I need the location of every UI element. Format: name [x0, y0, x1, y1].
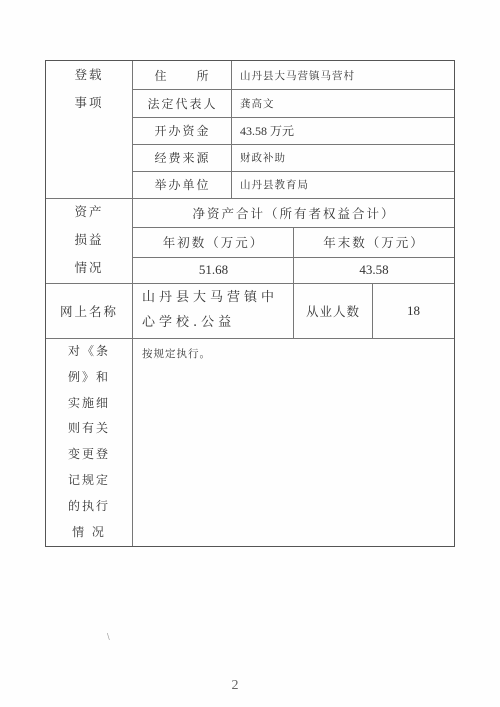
legal-representative-value: 龚高文 [232, 89, 454, 117]
divider [293, 227, 294, 283]
address-value: 山丹县大马营镇马营村 [232, 61, 454, 89]
start-capital-label: 开办资金 [134, 117, 231, 144]
start-capital-value: 43.58 万元 [232, 117, 454, 144]
legal-representative-label: 法定代表人 [134, 89, 231, 117]
funding-source-value: 财政补助 [232, 144, 454, 171]
registration-label-line1: 登载 [74, 61, 103, 89]
divider [46, 338, 454, 339]
divider [372, 283, 373, 338]
address-label: 住 所 [134, 61, 231, 89]
compliance-value: 按规定执行。 [134, 338, 454, 546]
divider [132, 89, 454, 90]
start-of-year-value: 51.68 [134, 257, 293, 283]
staff-count-value: 18 [373, 283, 454, 338]
divider [132, 61, 133, 546]
assets-section-label: 资产 损益 情况 [46, 198, 132, 283]
document-page: 登载 事项 住 所 法定代表人 开办资金 经费来源 举办单位 山丹县大马营镇马营… [0, 0, 500, 707]
sponsor-unit-label: 举办单位 [134, 171, 231, 198]
end-of-year-header: 年末数（万元） [294, 227, 454, 257]
funding-source-label: 经费来源 [134, 144, 231, 171]
sponsor-unit-value: 山丹县教育局 [232, 171, 454, 198]
divider [132, 117, 454, 118]
divider [293, 283, 294, 338]
divider [132, 171, 454, 172]
end-of-year-value: 43.58 [294, 257, 454, 283]
registration-table: 登载 事项 住 所 法定代表人 开办资金 经费来源 举办单位 山丹县大马营镇马营… [45, 60, 455, 547]
registration-section-label: 登载 事项 [46, 61, 132, 198]
online-name-label: 网上名称 [46, 283, 132, 338]
stray-mark: \ [107, 632, 110, 641]
divider [231, 61, 232, 198]
divider [46, 198, 454, 199]
page-number: 2 [0, 678, 470, 694]
online-name-value: 山丹县大马营镇中心学校.公益 [134, 283, 293, 338]
divider [132, 144, 454, 145]
start-of-year-header: 年初数（万元） [134, 227, 293, 257]
compliance-label: 对《条 例》和 实施细 则有关 变更登 记规定 的执行 情 况 [46, 338, 132, 546]
staff-count-label: 从业人数 [294, 283, 372, 338]
registration-label-line2: 事项 [74, 89, 103, 117]
divider [46, 283, 454, 284]
net-assets-header: 净资产合计（所有者权益合计） [134, 198, 454, 227]
